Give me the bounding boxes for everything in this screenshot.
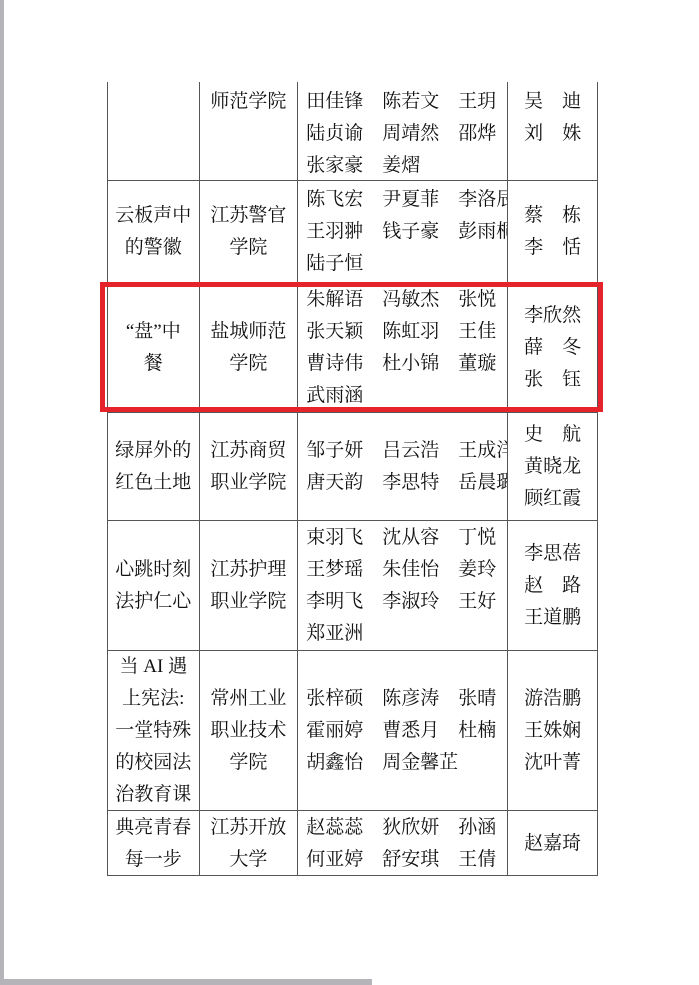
advisor-line: 赵 路 [524, 570, 581, 602]
entry-title-cell: 绿屏外的红色土地 [108, 413, 199, 520]
team-member-line: 张家豪 姜熠 [306, 150, 420, 180]
table-row: 心跳时刻法护仁心江苏护理职业学院束羽飞 沈从容 丁悦王梦瑶 朱佳怡 姜玲李明飞 … [108, 520, 597, 650]
entry-title-cell: 云板声中的警徽 [108, 181, 199, 282]
team-member-line: 何亚婷 舒安琪 王倩 [306, 844, 496, 876]
advisor-line: 李 恬 [524, 232, 581, 264]
team-members-cell: 陈飞宏 尹夏菲 李洛辰王羽翀 钱子豪 彭雨桐陆子恒 [297, 181, 507, 282]
team-member-line: 胡鑫怡 周金馨芷 [306, 747, 458, 779]
school-line: 江苏开放 [210, 812, 286, 844]
entry-title-line: 红色土地 [115, 467, 191, 499]
entry-title-cell: “盘”中餐 [108, 283, 199, 412]
school-line: 职业学院 [210, 586, 286, 618]
school-cell: 江苏警官学院 [199, 181, 298, 282]
entry-title-line: 心跳时刻 [115, 554, 191, 586]
team-member-line: 邹子妍 吕云浩 王成洋 [306, 435, 507, 467]
school-line: 江苏商贸 [210, 435, 286, 467]
team-member-line: 陆贞谕 周靖然 邵烨 [306, 118, 496, 150]
school-line: 职业技术 [210, 715, 286, 747]
team-members-cell: 朱解语 冯敏杰 张悦张天颖 陈虹羽 王佳曹诗伟 杜小锦 董璇武雨涵 [297, 283, 507, 412]
school-cell: 江苏护理职业学院 [199, 521, 298, 650]
school-line: 师范学院 [210, 86, 286, 118]
advisors-cell: 吴 迪刘 姝 [507, 82, 597, 180]
entry-title-line: 绿屏外的 [115, 435, 191, 467]
advisor-line: 李思蓓 [524, 538, 581, 570]
table-row: 当 AI 遇上宪法:一堂特殊的校园法治教育课常州工业职业技术学院张梓硕 陈彦涛 … [108, 650, 597, 810]
entry-title-line: “盘”中 [126, 316, 181, 348]
entry-title-cell: 心跳时刻法护仁心 [108, 521, 199, 650]
team-members-cell: 邹子妍 吕云浩 王成洋唐天韵 李思特 岳晨璐 [297, 413, 507, 520]
entry-title-line: 法护仁心 [115, 586, 191, 618]
entry-title-line: 餐 [144, 348, 163, 380]
team-members-cell: 赵蕊蕊 狄欣妍 孙涵何亚婷 舒安琪 王倩 [297, 811, 507, 876]
advisor-line: 黄晓龙 [524, 451, 581, 483]
school-cell: 常州工业职业技术学院 [199, 651, 298, 810]
entry-title-line: 典亮青春 [115, 812, 191, 844]
team-members-cell: 张梓硕 陈彦涛 张晴霍丽婷 曹悉月 杜楠胡鑫怡 周金馨芷 [297, 651, 507, 810]
award-table: 师范学院田佳锋 陈若文 王玥陆贞谕 周靖然 邵烨张家豪 姜熠吴 迪刘 姝云板声中… [107, 82, 598, 876]
advisors-cell: 游浩鹏王姝娴沈叶菁 [507, 651, 597, 810]
school-line: 常州工业 [210, 683, 286, 715]
team-member-line: 田佳锋 陈若文 王玥 [306, 86, 496, 118]
advisor-line: 吴 迪 [524, 86, 581, 118]
entry-title-line: 治教育课 [115, 779, 191, 811]
team-member-line: 王梦瑶 朱佳怡 姜玲 [306, 554, 496, 586]
entry-title-line: 的校园法 [115, 747, 191, 779]
team-member-line: 陈飞宏 尹夏菲 李洛辰 [306, 184, 507, 216]
scan-edge-left [0, 0, 4, 985]
school-line: 职业学院 [210, 467, 286, 499]
advisor-line: 张 钰 [524, 364, 581, 396]
advisor-line: 顾红霞 [524, 483, 581, 515]
table-row: 师范学院田佳锋 陈若文 王玥陆贞谕 周靖然 邵烨张家豪 姜熠吴 迪刘 姝 [108, 82, 597, 180]
advisors-cell: 蔡 栋李 恬 [507, 181, 597, 282]
document-page: 师范学院田佳锋 陈若文 王玥陆贞谕 周靖然 邵烨张家豪 姜熠吴 迪刘 姝云板声中… [0, 0, 699, 985]
entry-title-line: 一堂特殊 [115, 715, 191, 747]
team-member-line: 唐天韵 李思特 岳晨璐 [306, 467, 507, 499]
team-member-line: 王羽翀 钱子豪 彭雨桐 [306, 216, 507, 248]
team-member-line: 张天颖 陈虹羽 王佳 [306, 316, 496, 348]
team-members-cell: 田佳锋 陈若文 王玥陆贞谕 周靖然 邵烨张家豪 姜熠 [297, 82, 507, 180]
advisor-line: 王姝娴 [524, 715, 581, 747]
school-cell: 江苏开放大学 [199, 811, 298, 876]
advisors-cell: 史 航黄晓龙顾红霞 [507, 413, 597, 520]
scan-edge-bottom [0, 979, 372, 985]
school-cell: 盐城师范学院 [199, 283, 298, 412]
table-row: 典亮青春每一步江苏开放大学赵蕊蕊 狄欣妍 孙涵何亚婷 舒安琪 王倩赵嘉琦 [108, 810, 597, 876]
entry-title-cell [108, 82, 199, 180]
team-member-line: 赵蕊蕊 狄欣妍 孙涵 [306, 812, 496, 844]
entry-title-line: 的警徽 [125, 232, 182, 264]
team-member-line: 陆子恒 [306, 248, 363, 280]
entry-title-line: 当 AI 遇 [120, 651, 188, 683]
team-member-line: 李明飞 李淑玲 王好 [306, 586, 496, 618]
school-cell: 江苏商贸职业学院 [199, 413, 298, 520]
advisor-line: 李欣然 [524, 300, 581, 332]
school-line: 大学 [229, 844, 267, 876]
entry-title-cell: 当 AI 遇上宪法:一堂特殊的校园法治教育课 [108, 651, 199, 810]
advisor-line: 薛 冬 [524, 332, 581, 364]
team-member-line: 束羽飞 沈从容 丁悦 [306, 522, 496, 554]
team-member-line: 曹诗伟 杜小锦 董璇 [306, 348, 496, 380]
advisor-line: 沈叶菁 [524, 747, 581, 779]
team-member-line: 霍丽婷 曹悉月 杜楠 [306, 715, 496, 747]
table-row: 绿屏外的红色土地江苏商贸职业学院邹子妍 吕云浩 王成洋唐天韵 李思特 岳晨璐史 … [108, 412, 597, 520]
advisors-cell: 李欣然薛 冬张 钰 [507, 283, 597, 412]
school-line: 学院 [229, 232, 267, 264]
school-line: 江苏护理 [210, 554, 286, 586]
school-line: 盐城师范 [210, 316, 286, 348]
table-row: 云板声中的警徽江苏警官学院陈飞宏 尹夏菲 李洛辰王羽翀 钱子豪 彭雨桐陆子恒蔡 … [108, 180, 597, 282]
advisors-cell: 赵嘉琦 [507, 811, 597, 876]
advisor-line: 游浩鹏 [524, 683, 581, 715]
entry-title-line: 云板声中 [115, 200, 191, 232]
school-line: 学院 [229, 747, 267, 779]
school-line: 学院 [229, 348, 267, 380]
advisor-line: 蔡 栋 [524, 200, 581, 232]
advisors-cell: 李思蓓赵 路王道鹏 [507, 521, 597, 650]
team-member-line: 郑亚洲 [306, 618, 363, 650]
advisor-line: 刘 姝 [524, 118, 581, 150]
team-members-cell: 束羽飞 沈从容 丁悦王梦瑶 朱佳怡 姜玲李明飞 李淑玲 王好郑亚洲 [297, 521, 507, 650]
table-row-highlighted: “盘”中餐盐城师范学院朱解语 冯敏杰 张悦张天颖 陈虹羽 王佳曹诗伟 杜小锦 董… [108, 282, 597, 412]
advisor-line: 史 航 [524, 419, 581, 451]
entry-title-line: 上宪法: [122, 683, 184, 715]
entry-title-cell: 典亮青春每一步 [108, 811, 199, 876]
advisor-line: 赵嘉琦 [524, 828, 581, 860]
school-cell: 师范学院 [199, 82, 298, 180]
team-member-line: 张梓硕 陈彦涛 张晴 [306, 683, 496, 715]
team-member-line: 武雨涵 [306, 380, 363, 412]
team-member-line: 朱解语 冯敏杰 张悦 [306, 284, 496, 316]
advisor-line: 王道鹏 [524, 602, 581, 634]
school-line: 江苏警官 [210, 200, 286, 232]
entry-title-line: 每一步 [125, 844, 182, 876]
